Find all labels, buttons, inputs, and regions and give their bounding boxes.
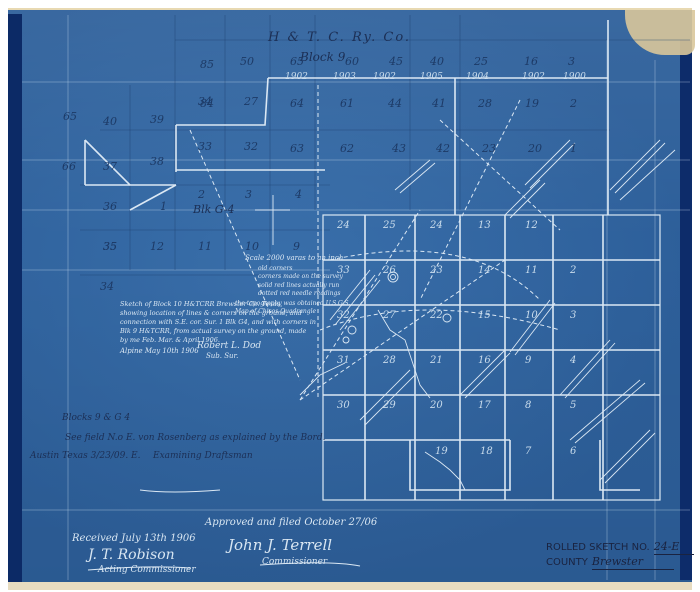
section-number: 40 <box>430 55 444 68</box>
section-number: 34 <box>100 280 114 293</box>
annotation-line: Examining Draftsman <box>153 451 253 461</box>
map-subtitle: Block 9 <box>300 50 345 64</box>
survey-lines <box>0 0 700 592</box>
section-number: 18 <box>480 446 493 457</box>
received-signature: J. T. Robison <box>88 547 175 563</box>
scale-note: Scale 2000 varas to an inch <box>245 254 343 263</box>
annotation-line: Austin Texas 3/23/09. E. <box>30 451 140 461</box>
section-number: 20 <box>528 142 542 155</box>
section-number: 40 <box>103 115 117 128</box>
section-number: 65 <box>63 110 77 123</box>
surveyor-title: Sub. Sur. <box>206 352 238 360</box>
section-number: 11 <box>198 240 212 253</box>
section-number: 26 <box>383 265 396 276</box>
bearing-label: 1902 <box>285 72 308 82</box>
section-number: 3 <box>570 310 576 321</box>
rolled-sketch-value: 24-E <box>654 540 694 555</box>
section-number: 29 <box>383 400 396 411</box>
sketch-note-line: connection with S.E. cor. Sur. 1 Blk G4,… <box>120 318 316 327</box>
section-number: 27 <box>383 310 396 321</box>
section-number: 22 <box>430 310 443 321</box>
annotation-line: Blocks 9 & G 4 <box>62 413 130 423</box>
section-number: 7 <box>525 446 531 457</box>
section-number: 19 <box>525 97 539 110</box>
rolled-sketch-label: ROLLED SKETCH NO. <box>546 541 650 555</box>
block-label-g4: Blk G-4 <box>193 203 234 216</box>
legend-item: dotted red needle readings <box>258 289 340 298</box>
sketch-note-line: Alpine May 10th 1906 <box>120 347 199 356</box>
section-number: 85 <box>200 58 214 71</box>
section-number: 38 <box>150 155 164 168</box>
section-number: 2 <box>570 97 577 110</box>
section-number: 30 <box>337 400 350 411</box>
section-number: 23 <box>430 265 443 276</box>
bearing-label: 1902 <box>373 72 396 82</box>
section-number: 43 <box>392 142 406 155</box>
bearing-label: 1900 <box>563 72 586 82</box>
county-value: Brewster <box>592 555 674 570</box>
section-number: 28 <box>383 355 396 366</box>
section-number: 45 <box>389 55 403 68</box>
section-number: 1 <box>160 200 167 213</box>
section-number: 9 <box>293 240 300 253</box>
section-number: 3 <box>245 188 252 201</box>
section-number: 37 <box>103 160 117 173</box>
section-number: 24 <box>430 220 443 231</box>
section-number: 27 <box>244 95 258 108</box>
section-number: 32 <box>244 140 258 153</box>
sketch-note-line: showing location of lines & corners on t… <box>120 309 302 318</box>
section-number: 23 <box>482 142 496 155</box>
section-number: 28 <box>478 97 492 110</box>
section-number: 42 <box>436 142 450 155</box>
section-number: 15 <box>478 310 491 321</box>
section-number: 5 <box>570 400 576 411</box>
annotation-line: See field N.o E. von Rosenberg as explai… <box>65 433 326 443</box>
section-number: 12 <box>525 220 538 231</box>
legend-item: corners made on the survey <box>258 272 343 281</box>
section-number: 10 <box>245 240 259 253</box>
section-number: 21 <box>430 355 443 366</box>
section-number: 9 <box>525 355 531 366</box>
section-number: 31 <box>337 355 350 366</box>
approved-title: Commissioner <box>262 557 327 567</box>
section-number: 63 <box>290 142 304 155</box>
section-number: 61 <box>340 97 354 110</box>
section-number: 8 <box>525 400 531 411</box>
section-number: 64 <box>290 97 304 110</box>
section-number: 60 <box>345 55 359 68</box>
section-number: 6 <box>570 446 576 457</box>
section-number: 11 <box>525 265 538 276</box>
section-number: 35 <box>103 240 117 253</box>
section-number: 13 <box>478 220 491 231</box>
bearing-label: 1902 <box>522 72 545 82</box>
section-number: 65 <box>290 55 304 68</box>
section-number: 66 <box>62 160 76 173</box>
section-number: 19 <box>435 446 448 457</box>
section-number: 3 <box>568 55 575 68</box>
bearing-label: 1904 <box>466 72 489 82</box>
section-number: 4 <box>295 188 302 201</box>
sketch-note-line: Blk 9 H&TCRR, from actual survey on the … <box>120 327 306 336</box>
map-title: H & T. C. Ry. Co. <box>268 30 411 45</box>
section-number: 17 <box>478 400 491 411</box>
section-number: 10 <box>525 310 538 321</box>
section-number: 33 <box>198 140 212 153</box>
section-number: 1 <box>570 142 577 155</box>
received-date: Received July 13th 1906 <box>72 533 196 544</box>
section-number: 16 <box>478 355 491 366</box>
section-number: 39 <box>150 113 164 126</box>
section-number: 12 <box>150 240 164 253</box>
section-number: 41 <box>432 97 446 110</box>
section-number: 2 <box>570 265 576 276</box>
section-number: 44 <box>388 97 402 110</box>
sketch-note-line: Sketch of Block 10 H&TCRR Brewster Co. T… <box>120 300 282 309</box>
approved-signature: John J. Terrell <box>228 536 332 554</box>
section-number: 50 <box>240 55 254 68</box>
section-number: 25 <box>383 220 396 231</box>
section-number: 36 <box>103 200 117 213</box>
section-number: 4 <box>570 355 576 366</box>
section-number: 84 <box>200 97 214 110</box>
received-title: Acting Commissioner <box>98 565 196 575</box>
bearing-label: 1903 <box>333 72 356 82</box>
section-number: 24 <box>337 220 350 231</box>
surveyor-signature: Robert L. Dod <box>197 341 261 351</box>
section-number: 2 <box>198 188 205 201</box>
rolled-sketch-stamp: ROLLED SKETCH NO. 24-E COUNTY Brewster <box>546 540 694 570</box>
section-number: 20 <box>430 400 443 411</box>
section-number: 16 <box>524 55 538 68</box>
section-number: 32 <box>337 310 350 321</box>
section-number: 25 <box>474 55 488 68</box>
county-label: COUNTY <box>546 556 588 570</box>
bearing-label: 1905 <box>420 72 443 82</box>
section-number: 14 <box>478 265 491 276</box>
section-number: 62 <box>340 142 354 155</box>
approved-date: Approved and filed October 27/06 <box>205 517 377 528</box>
